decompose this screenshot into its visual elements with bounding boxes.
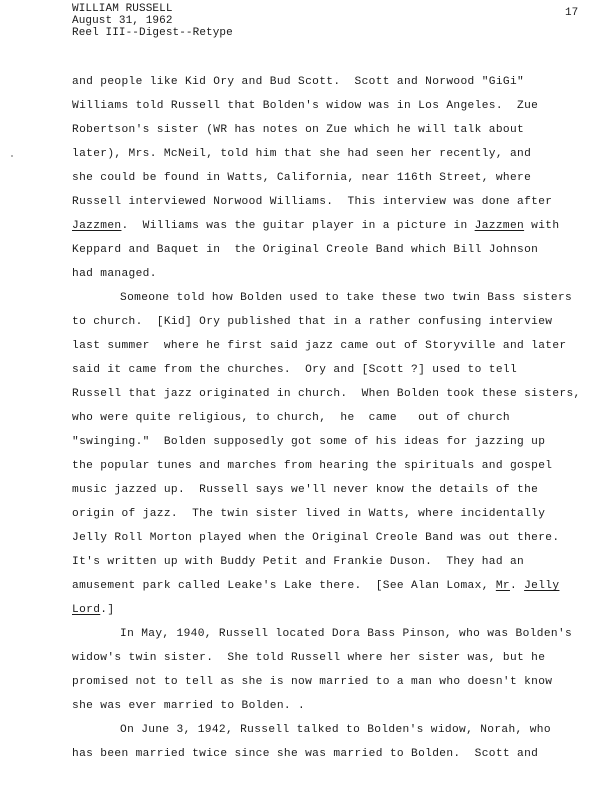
text-line: promised not to tell as she is now marri… xyxy=(72,670,612,694)
text-run: to church. [Kid] Ory published that in a… xyxy=(72,316,552,328)
paragraph: On June 3, 1942, Russell talked to Bolde… xyxy=(72,718,612,766)
text-run: she could be found in Watts, California,… xyxy=(72,172,531,184)
text-line: On June 3, 1942, Russell talked to Bolde… xyxy=(72,718,612,742)
text-run: origin of jazz. The twin sister lived in… xyxy=(72,508,545,520)
document-page: WILLIAM RUSSELL August 31, 1962 Reel III… xyxy=(0,0,612,792)
text-line: the popular tunes and marches from heari… xyxy=(72,454,612,478)
text-run: promised not to tell as she is now marri… xyxy=(72,676,552,688)
text-line: widow's twin sister. She told Russell wh… xyxy=(72,646,612,670)
text-line: Keppard and Baquet in the Original Creol… xyxy=(72,238,612,262)
document-header: WILLIAM RUSSELL August 31, 1962 Reel III… xyxy=(72,3,233,39)
text-line: Russell interviewed Norwood Williams. Th… xyxy=(72,190,612,214)
paragraph: Someone told how Bolden used to take the… xyxy=(72,286,612,622)
text-run: Robertson's sister (WR has notes on Zue … xyxy=(72,124,524,136)
text-run: Williams told Russell that Bolden's wido… xyxy=(72,100,538,112)
text-run: amusement park called Leake's Lake there… xyxy=(72,580,496,592)
text-run: .] xyxy=(100,604,114,616)
text-line: Russell that jazz originated in church. … xyxy=(72,382,612,406)
text-line: she could be found in Watts, California,… xyxy=(72,166,612,190)
document-body: and people like Kid Ory and Bud Scott. S… xyxy=(72,70,612,766)
text-line: In May, 1940, Russell located Dora Bass … xyxy=(72,622,612,646)
text-run: "swinging." Bolden supposedly got some o… xyxy=(72,436,545,448)
text-run: On June 3, 1942, Russell talked to Bolde… xyxy=(120,724,551,736)
page-number: 17 xyxy=(565,7,578,19)
text-line: It's written up with Buddy Petit and Fra… xyxy=(72,550,612,574)
text-line: origin of jazz. The twin sister lived in… xyxy=(72,502,612,526)
paragraph: and people like Kid Ory and Bud Scott. S… xyxy=(72,70,612,286)
text-run: It's written up with Buddy Petit and Fra… xyxy=(72,556,524,568)
text-line: who were quite religious, to church, he … xyxy=(72,406,612,430)
underlined-title: Jazzmen xyxy=(475,220,524,232)
text-line: last summer where he first said jazz cam… xyxy=(72,334,612,358)
text-line: Robertson's sister (WR has notes on Zue … xyxy=(72,118,612,142)
text-line: has been married twice since she was mar… xyxy=(72,742,612,766)
text-run: the popular tunes and marches from heari… xyxy=(72,460,552,472)
text-run: later), Mrs. McNeil, told him that she h… xyxy=(72,148,531,160)
text-run: Russell that jazz originated in church. … xyxy=(72,388,581,400)
text-run: widow's twin sister. She told Russell wh… xyxy=(72,652,545,664)
text-line: said it came from the churches. Ory and … xyxy=(72,358,612,382)
paragraph: In May, 1940, Russell located Dora Bass … xyxy=(72,622,612,718)
text-run: and people like Kid Ory and Bud Scott. S… xyxy=(72,76,524,88)
text-run: Someone told how Bolden used to take the… xyxy=(120,292,572,304)
text-run: she was ever married to Bolden. . xyxy=(72,700,305,712)
text-run: music jazzed up. Russell says we'll neve… xyxy=(72,484,538,496)
text-line: and people like Kid Ory and Bud Scott. S… xyxy=(72,70,612,94)
underlined-title: Mr xyxy=(496,580,510,592)
text-run: who were quite religious, to church, he … xyxy=(72,412,510,424)
text-line: Lord.] xyxy=(72,598,612,622)
text-run: last summer where he first said jazz cam… xyxy=(72,340,566,352)
text-run: In May, 1940, Russell located Dora Bass … xyxy=(120,628,572,640)
header-name: WILLIAM RUSSELL xyxy=(72,3,233,15)
text-run: has been married twice since she was mar… xyxy=(72,748,538,760)
text-run: Keppard and Baquet in the Original Creol… xyxy=(72,244,538,256)
text-line: music jazzed up. Russell says we'll neve… xyxy=(72,478,612,502)
text-run: with xyxy=(524,220,559,232)
text-line: amusement park called Leake's Lake there… xyxy=(72,574,612,598)
underlined-title: Lord xyxy=(72,604,100,616)
scan-speck xyxy=(11,155,13,157)
text-line: to church. [Kid] Ory published that in a… xyxy=(72,310,612,334)
text-line: had managed. xyxy=(72,262,612,286)
underlined-title: Jazzmen xyxy=(72,220,121,232)
text-line: Williams told Russell that Bolden's wido… xyxy=(72,94,612,118)
header-reel: Reel III--Digest--Retype xyxy=(72,27,233,39)
text-line: Jazzmen. Williams was the guitar player … xyxy=(72,214,612,238)
header-date: August 31, 1962 xyxy=(72,15,233,27)
text-run: had managed. xyxy=(72,268,157,280)
text-line: Someone told how Bolden used to take the… xyxy=(72,286,612,310)
text-run: . Williams was the guitar player in a pi… xyxy=(121,220,474,232)
text-run: Jelly Roll Morton played when the Origin… xyxy=(72,532,559,544)
underlined-title: Jelly xyxy=(524,580,559,592)
text-run: . xyxy=(510,580,524,592)
text-line: "swinging." Bolden supposedly got some o… xyxy=(72,430,612,454)
text-line: Jelly Roll Morton played when the Origin… xyxy=(72,526,612,550)
text-run: said it came from the churches. Ory and … xyxy=(72,364,517,376)
text-line: later), Mrs. McNeil, told him that she h… xyxy=(72,142,612,166)
text-run: Russell interviewed Norwood Williams. Th… xyxy=(72,196,552,208)
text-line: she was ever married to Bolden. . xyxy=(72,694,612,718)
